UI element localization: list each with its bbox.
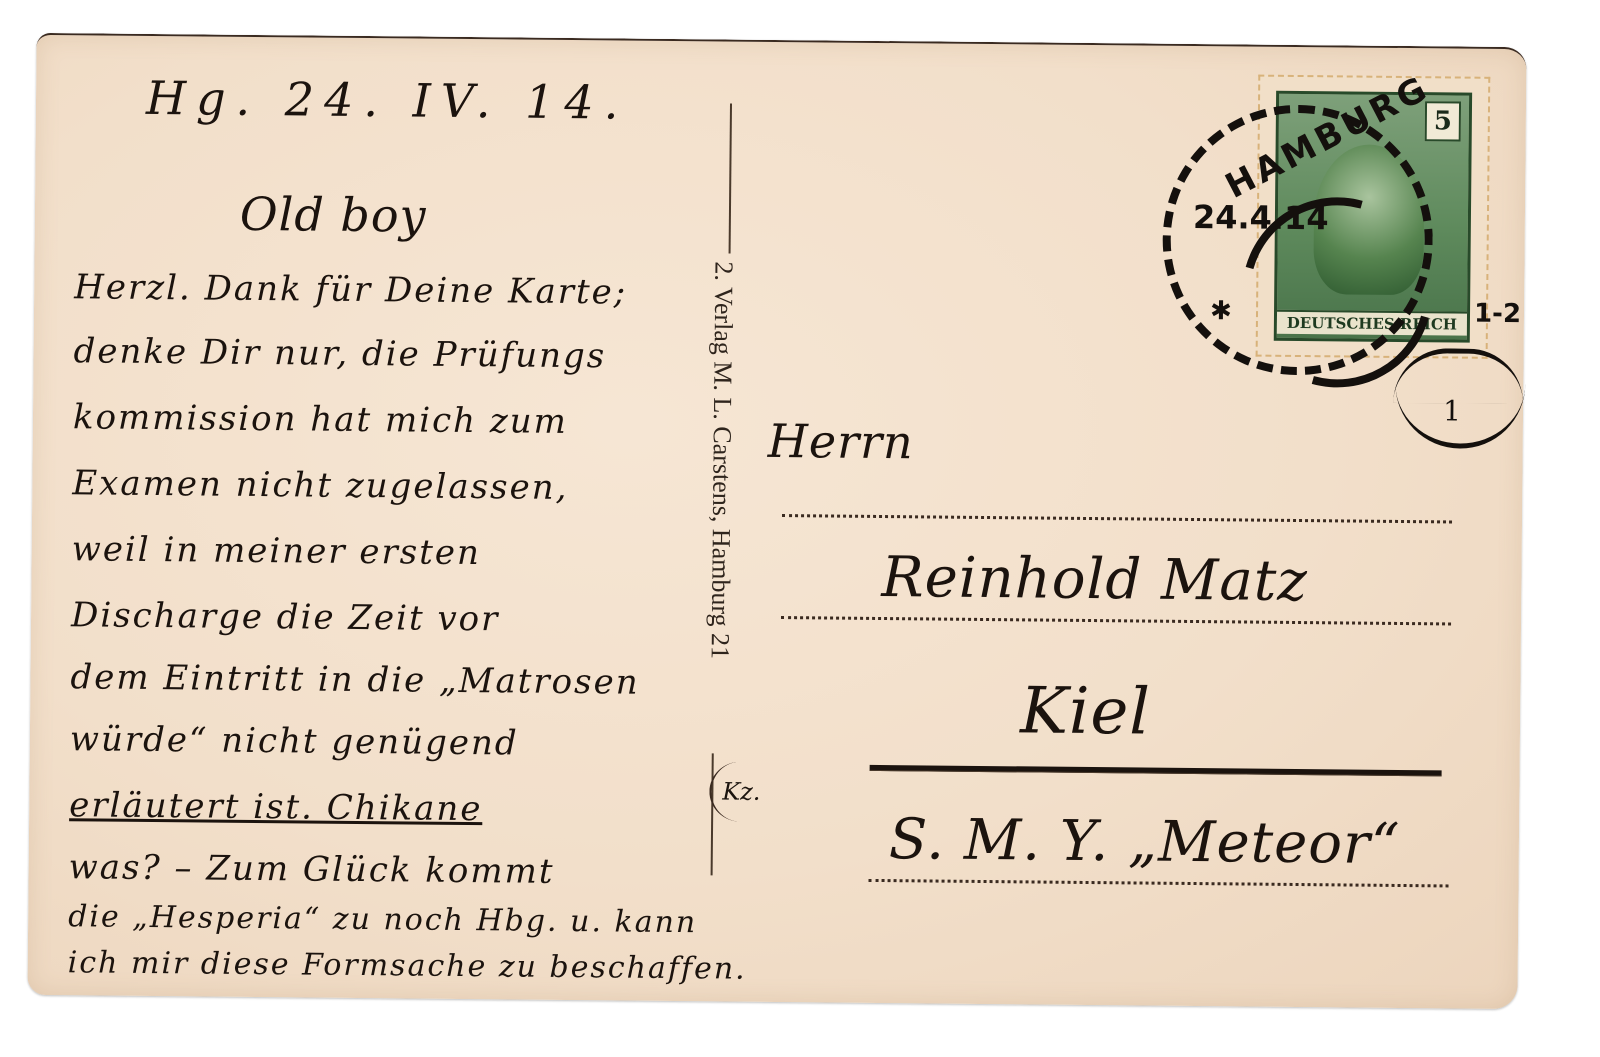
message-line: ich mir diese Formsache zu beschaffen.	[68, 945, 747, 987]
publisher-imprint: 2. Verlag M. L. Carstens, Hamburg 21	[700, 261, 739, 731]
address-name: Reinhold Matz	[881, 545, 1308, 614]
postcard: Hg. 24. IV. 14. Old boy Herzl. Dank für …	[27, 33, 1526, 1009]
stamp-value: 5	[1425, 101, 1461, 141]
message-line: würde“ nicht genügend	[70, 719, 519, 763]
message-line: die „Hesperia“ zu noch Hbg. u. kann	[68, 899, 697, 940]
postmark-time: 1-2	[1474, 299, 1521, 329]
address-dotted-line	[781, 616, 1451, 625]
address-solid-line	[870, 765, 1442, 776]
secondary-postmark-number: 1	[1443, 394, 1461, 427]
address-dotted-line	[869, 879, 1449, 888]
address-vessel: S. M. Y. „Meteor“	[889, 807, 1401, 877]
message-date: Hg. 24. IV. 14.	[146, 71, 629, 130]
monogram: Kz.	[709, 761, 772, 822]
message-line: Herzl. Dank für Deine Karte;	[74, 267, 627, 312]
message-line: denke Dir nur, die Prüfungs	[73, 331, 606, 376]
address-salutation: Herrn	[768, 414, 914, 469]
message-line: kommission hat mich zum	[73, 397, 568, 442]
divider-line-bottom	[711, 753, 714, 875]
address-dotted-line	[782, 514, 1452, 523]
message-line: was? – Zum Glück kommt	[68, 847, 554, 892]
postmark-date: 24.4.14	[1193, 198, 1329, 237]
message-line: erläutert ist. Chikane	[69, 785, 483, 829]
message-line: Examen nicht zugelassen,	[72, 463, 568, 508]
address-city: Kiel	[1020, 674, 1151, 749]
divider-line-top	[729, 104, 732, 254]
message-greeting: Old boy	[240, 187, 427, 243]
postmark-star-icon: ✱	[1210, 296, 1232, 326]
message-line: dem Eintritt in die „Matrosen	[70, 657, 640, 702]
message-line: weil in meiner ersten	[72, 529, 482, 573]
message-line: Discharge die Zeit vor	[71, 595, 500, 639]
